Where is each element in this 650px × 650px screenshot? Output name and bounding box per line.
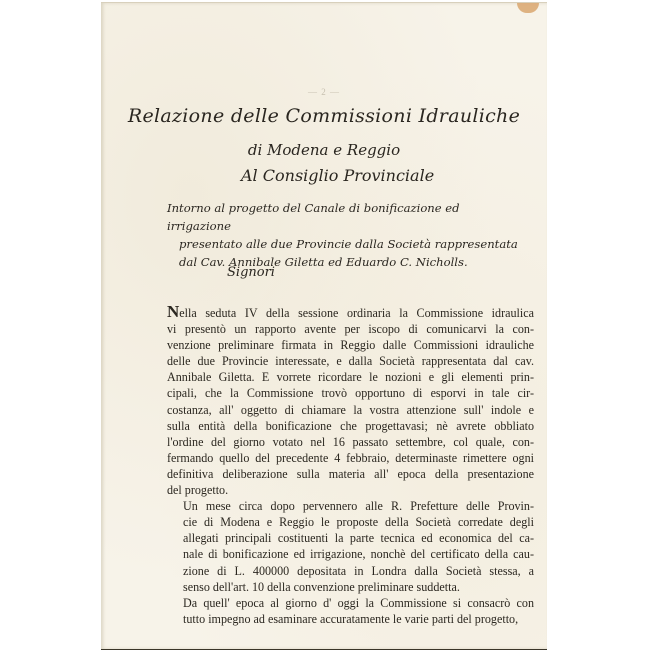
drop-cap: N (167, 302, 179, 321)
summary-line: dal Cav. Annibale Giletta ed Eduardo C. … (167, 253, 527, 271)
text-line: venzione preliminare firmata in Reggio d… (167, 337, 534, 353)
addressee: Al Consiglio Provinciale (241, 166, 434, 185)
text-line: Da quell' epoca al giorno d' oggi la Com… (167, 595, 534, 611)
text-line: l'ordine del giorno votato nel 16 passat… (167, 434, 534, 450)
text-line: cie di Modena e Reggio le proposte della… (167, 514, 534, 530)
document-subtitle: di Modena e Reggio (101, 141, 547, 159)
text-line: costanza, all' oggetto di chiamare la vo… (167, 402, 534, 418)
summary-line: presentato alle due Provincie dalla Soci… (167, 235, 527, 253)
text-line: cipali, che la Commissione trovò opportu… (167, 385, 534, 401)
text-line: zione di L. 400000 depositata in Londra … (167, 563, 534, 579)
text-line: Annibale Giletta. E vorrete ricordare le… (167, 369, 534, 385)
summary-line: Intorno al progetto del Canale di bonifi… (167, 199, 527, 235)
document-title: Relazione delle Commissioni Idrauliche (101, 105, 547, 127)
text-line: del progetto. (167, 482, 534, 498)
text-line: Nella seduta IV della sessione ordinaria… (167, 304, 534, 321)
text-line: definitiva deliberazione sulla materia a… (167, 466, 534, 482)
paper-stain (517, 3, 539, 13)
text-line: nale di bonificazione ed irrigazione, no… (167, 546, 534, 562)
salutation: Signori (227, 265, 275, 280)
summary: Intorno al progetto del Canale di bonifi… (167, 199, 527, 271)
paragraph: Nella seduta IV della sessione ordinaria… (167, 304, 534, 498)
page-number: — 2 — (101, 87, 547, 97)
paragraph: Da quell' epoca al giorno d' oggi la Com… (167, 595, 534, 627)
paragraph: Un mese circa dopo pervennero alle R. Pr… (167, 498, 534, 595)
text-line: fermando quello del precedente 4 febbrai… (167, 450, 534, 466)
body-text: Nella seduta IV della sessione ordinaria… (167, 304, 534, 627)
text-line: sulla entità della bonificazione che pro… (167, 418, 534, 434)
text-line: allegati principali costituenti la parte… (167, 530, 534, 546)
text-line: senso dell'art. 10 della convenzione pre… (167, 579, 534, 595)
document-page: — 2 — Relazione delle Commissioni Idraul… (101, 2, 547, 650)
text-line: vi presentò un rapporto avente per iscop… (167, 321, 534, 337)
text-line: Un mese circa dopo pervennero alle R. Pr… (167, 498, 534, 514)
text-line: tutto impegno ad esaminare accuratamente… (167, 611, 534, 627)
text-line: delle due Provincie interessate, e dalla… (167, 353, 534, 369)
